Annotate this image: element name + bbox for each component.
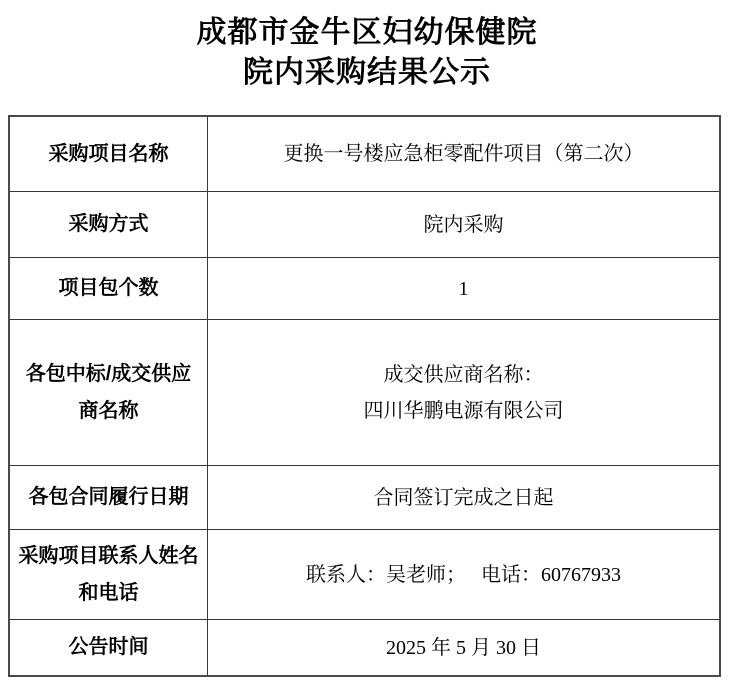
row-value-cell: 联系人：吴老师； 电话：60767933 (208, 530, 721, 620)
row-label-cell: 各包中标/成交供应商名称 (9, 320, 208, 466)
table-row: 采购项目名称更换一号楼应急柜零配件项目（第二次） (9, 116, 720, 192)
row-label-cell: 各包合同履行日期 (9, 466, 208, 530)
row-value-cell: 2025 年 5 月 30 日 (208, 620, 721, 676)
table-row: 采购方式院内采购 (9, 192, 720, 258)
row-label-cell: 采购方式 (9, 192, 208, 258)
row-label-cell: 采购项目联系人姓名和电话 (9, 530, 208, 620)
title-line-1: 成都市金牛区妇幼保健院 (197, 16, 538, 49)
row-value-cell: 院内采购 (208, 192, 721, 258)
title-line-2: 院内采购结果公示 (243, 56, 491, 89)
announcement-page: 成都市金牛区妇幼保健院 院内采购结果公示 采购项目名称更换一号楼应急柜零配件项目… (0, 0, 734, 689)
table-row: 各包中标/成交供应商名称成交供应商名称： 四川华鹏电源有限公司 (9, 320, 720, 466)
row-value-cell: 成交供应商名称： 四川华鹏电源有限公司 (208, 320, 721, 466)
table-row: 各包合同履行日期合同签订完成之日起 (9, 466, 720, 530)
table-row: 采购项目联系人姓名和电话联系人：吴老师； 电话：60767933 (9, 530, 720, 620)
row-label-cell: 公告时间 (9, 620, 208, 676)
page-title: 成都市金牛区妇幼保健院 院内采购结果公示 (0, 0, 734, 93)
row-value-cell: 更换一号楼应急柜零配件项目（第二次） (208, 116, 721, 192)
procurement-result-table: 采购项目名称更换一号楼应急柜零配件项目（第二次）采购方式院内采购项目包个数1各包… (8, 115, 721, 677)
row-label-cell: 项目包个数 (9, 258, 208, 320)
row-value-cell: 合同签订完成之日起 (208, 466, 721, 530)
row-value-cell: 1 (208, 258, 721, 320)
row-label-cell: 采购项目名称 (9, 116, 208, 192)
table-row: 项目包个数1 (9, 258, 720, 320)
table-body: 采购项目名称更换一号楼应急柜零配件项目（第二次）采购方式院内采购项目包个数1各包… (9, 116, 720, 676)
table-row: 公告时间2025 年 5 月 30 日 (9, 620, 720, 676)
